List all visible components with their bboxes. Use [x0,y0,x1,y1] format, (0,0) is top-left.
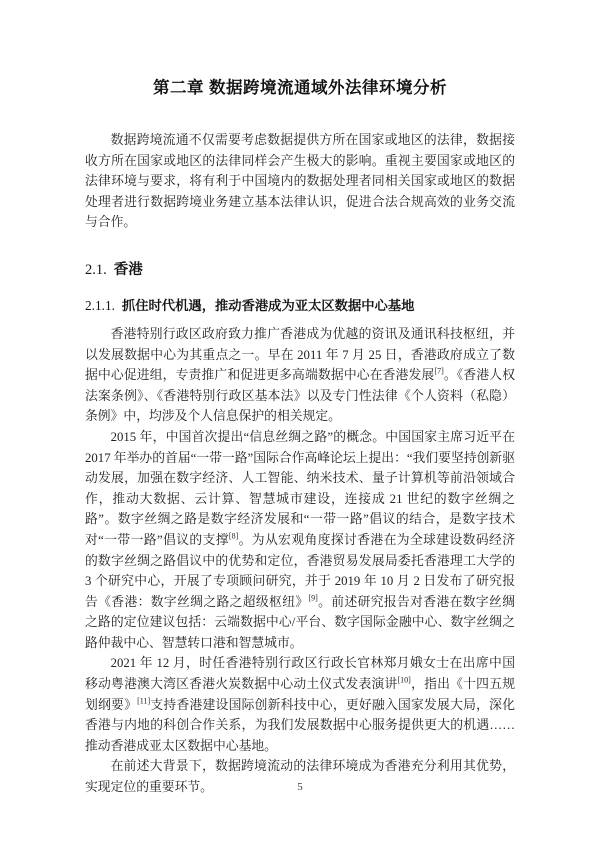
subsection-heading: 2.1.1.抓住时代机遇，推动香港成为亚太区数据中心基地 [85,296,515,315]
subsection-title: 抓住时代机遇，推动香港成为亚太区数据中心基地 [122,298,415,313]
paragraph: 2021 年 12 月，时任香港特别行政区行政长官林郑月娥女士在出席中国移动粤港… [85,653,515,756]
footnote-ref: [8] [229,532,238,541]
section-heading: 2.1.香港 [85,260,515,280]
document-page: 第二章 数据跨境流通域外法律环境分析 数据跨境流通不仅需要考虑数据提供方所在国家… [0,0,600,848]
section-title: 香港 [114,262,143,278]
text-segment: 支持香港建设国际创新科技中心，更好融入国家发展大局，深化香港与内地的科创合作关系… [85,698,515,753]
paragraph: 数据跨境流通不仅需要考虑数据提供方所在国家或地区的法律，数据接收方所在国家或地区… [85,130,515,233]
footnote-ref: [7] [434,367,443,376]
footnote-ref: [10] [398,676,411,685]
body-paragraphs: 香港特别行政区政府致力推广香港成为优越的资讯及通讯科技枢纽，并以发展数据中心为其… [85,324,515,798]
text-segment: 数据跨境流通不仅需要考虑数据提供方所在国家或地区的法律，数据接收方所在国家或地区… [85,133,515,229]
paragraph: 香港特别行政区政府致力推广香港成为优越的资讯及通讯科技枢纽，并以发展数据中心为其… [85,324,515,427]
section-number: 2.1. [85,262,107,278]
intro-paragraphs: 数据跨境流通不仅需要考虑数据提供方所在国家或地区的法律，数据接收方所在国家或地区… [85,130,515,233]
chapter-title: 第二章 数据跨境流通域外法律环境分析 [85,76,515,100]
subsection-number: 2.1.1. [85,298,115,313]
page-number: 5 [0,781,600,793]
paragraph: 2015 年，中国首次提出“信息丝绸之路”的概念。中国国家主席习近平在 2017… [85,427,515,654]
footnote-ref: [11] [137,696,150,705]
text-segment: 2015 年，中国首次提出“信息丝绸之路”的概念。中国国家主席习近平在 2017… [85,430,515,547]
footnote-ref: [9] [308,593,317,602]
